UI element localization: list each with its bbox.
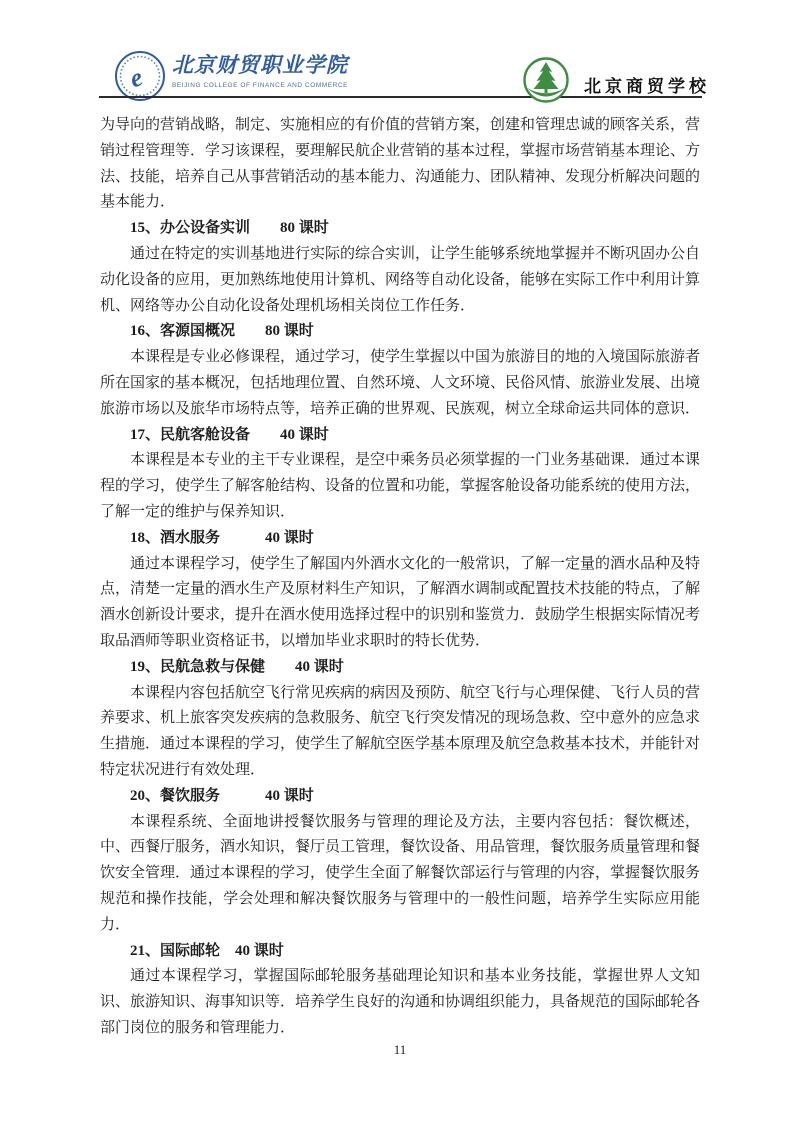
school-emblem-icon [519, 56, 573, 106]
course-description: 本课程系统、全面地讲授餐饮服务与管理的理论及方法，主要内容包括：餐饮概述，中、西… [100, 810, 700, 939]
intro-paragraph: 为导向的营销战略，制定、实施相应的有价值的营销方案，创建和管理忠诚的顾客关系，营… [100, 113, 700, 216]
course-section: 21、国际邮轮 40 课时 通过本课程学习，掌握国际邮轮服务基础理论知识和基本业… [100, 939, 700, 1042]
course-heading: 20、餐饮服务 40 课时 [100, 784, 700, 810]
course-heading: 18、酒水服务 40 课时 [100, 526, 700, 552]
course-section: 16、客源国概况 80 课时 本课程是专业必修课程，通过学习，使学生掌握以中国为… [100, 319, 700, 422]
document-page: e 北京财贸职业学院 BEIJING COLLEGE OF FINANCE AN… [0, 0, 800, 1131]
course-description: 通过本课程学习，使学生了解国内外酒水文化的一般常识，了解一定量的酒水品种及特点，… [100, 552, 700, 655]
course-description: 通过在特定的实训基地进行实际的综合实训，让学生能够系统地掌握并不断巩固办公自动化… [100, 242, 700, 319]
course-section: 18、酒水服务 40 课时 通过本课程学习，使学生了解国内外酒水文化的一般常识，… [100, 526, 700, 655]
page-number: 11 [0, 1042, 800, 1058]
course-description: 通过本课程学习，掌握国际邮轮服务基础理论知识和基本业务技能，掌握世界人文知识、旅… [100, 964, 700, 1041]
college-emblem-icon: e [114, 50, 166, 102]
course-heading: 16、客源国概况 80 课时 [100, 319, 700, 345]
course-description: 本课程是本专业的主干专业课程，是空中乘务员必须掌握的一门业务基础课．通过本课程的… [100, 448, 700, 525]
course-section: 20、餐饮服务 40 课时 本课程系统、全面地讲授餐饮服务与管理的理论及方法，主… [100, 784, 700, 939]
course-description: 本课程内容包括航空飞行常见疾病的病因及预防、航空飞行与心理保健、飞行人员的营养要… [100, 681, 700, 784]
course-section: 19、民航急救与保健 40 课时 本课程内容包括航空飞行常见疾病的病因及预防、航… [100, 655, 700, 784]
college-name: 北京财贸职业学院 [172, 50, 492, 80]
school-name: 北京商贸学校 [584, 72, 710, 97]
course-section: 15、办公设备实训 80 课时 通过在特定的实训基地进行实际的综合实训，让学生能… [100, 216, 700, 319]
course-heading: 21、国际邮轮 40 课时 [100, 939, 700, 965]
college-identity: 北京财贸职业学院 BEIJING COLLEGE OF FINANCE AND … [172, 50, 492, 89]
course-section: 17、民航客舱设备 40 课时 本课程是本专业的主干专业课程，是空中乘务员必须掌… [100, 423, 700, 526]
course-heading: 17、民航客舱设备 40 课时 [100, 423, 700, 449]
course-description: 本课程是专业必修课程，通过学习，使学生掌握以中国为旅游目的地的入境国际旅游者所在… [100, 345, 700, 422]
course-heading: 15、办公设备实训 80 课时 [100, 216, 700, 242]
college-name-english: BEIJING COLLEGE OF FINANCE AND COMMERCE [172, 82, 492, 89]
course-heading: 19、民航急救与保健 40 课时 [100, 655, 700, 681]
document-body: 为导向的营销战略，制定、实施相应的有价值的营销方案，创建和管理忠诚的顾客关系，营… [100, 113, 700, 1042]
